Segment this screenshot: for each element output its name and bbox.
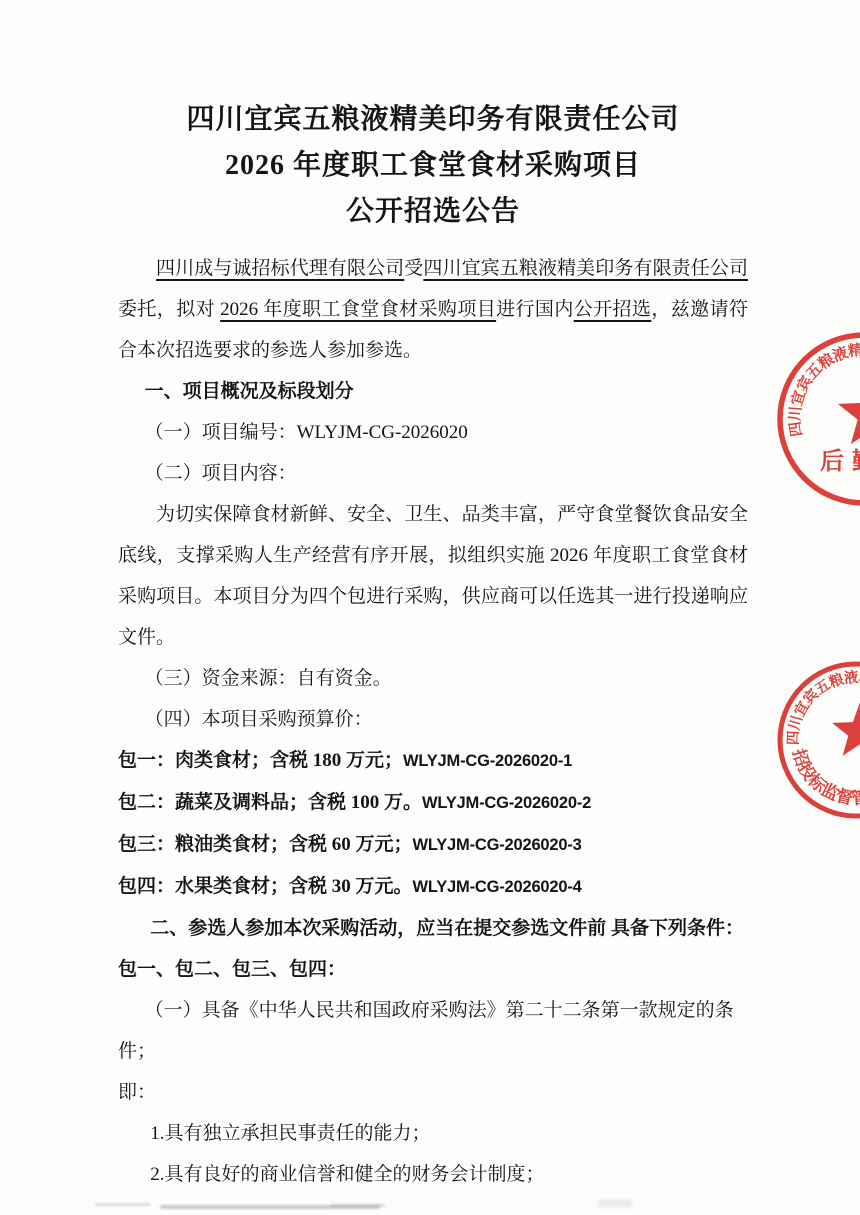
condition-line: （一）具备《中华人民共和国政府采购法》第二十二条第一款规定的条件； (118, 990, 748, 1072)
package-line-2: 包二：蔬菜及调料品；含税 100 万。WLYJM-CG-2026020-2 (118, 782, 748, 824)
intro-link-1: 受 (404, 258, 423, 279)
document-title: 四川宜宾五粮液精美印务有限责任公司 2026 年度职工食堂食材采购项目 公开招选… (118, 97, 748, 235)
section1-heading: 一、项目概况及标段划分 (118, 371, 748, 412)
intro-paragraph: 四川成与诚招标代理有限公司受四川宜宾五粮液精美印务有限责任公司委托，拟对 202… (118, 248, 748, 371)
title-line-2: 2026 年度职工食堂食材采购项目 (118, 143, 748, 189)
package-4-code: WLYJM-CG-2026020-4 (413, 878, 582, 896)
condition-continuation: 即： (118, 1072, 748, 1113)
scan-smudge (95, 1203, 150, 1206)
project-content-line: （二）项目内容： (118, 453, 748, 494)
title-line-3: 公开招选公告 (118, 189, 748, 235)
document-page: 四川宜宾五粮液精美印务有限责任公司 2026 年度职工食堂食材采购项目 公开招选… (0, 0, 860, 1215)
project-name: 2026 年度职工食堂食材采购项目 (220, 299, 496, 320)
package-3-code: WLYJM-CG-2026020-3 (413, 836, 582, 854)
package-line-1: 包一：肉类食材；含税 180 万元；WLYJM-CG-2026020-1 (118, 740, 748, 782)
funding-source-line: （三）资金来源：自有资金。 (118, 658, 748, 699)
section2-heading: 二、参选人参加本次采购活动，应当在提交参选文件前 具备下列条件： (118, 908, 748, 949)
agency-name: 四川成与诚招标代理有限公司 (156, 258, 404, 279)
intro-link-3: 进行国内 (496, 299, 574, 320)
package-3-label: 包三：粮油类食材；含税 60 万元； (118, 834, 413, 855)
project-number-line: （一）项目编号：WLYJM-CG-2026020 (118, 412, 748, 453)
package-2-code: WLYJM-CG-2026020-2 (422, 794, 591, 812)
package-line-3: 包三：粮油类食材；含税 60 万元；WLYJM-CG-2026020-3 (118, 824, 748, 866)
condition-item-2: 2.具有良好的商业信誉和健全的财务会计制度； (118, 1154, 748, 1195)
owner-name: 四川宜宾五粮液精美印务有限责任公司 (423, 258, 748, 279)
package-1-label: 包一：肉类食材；含税 180 万元； (118, 750, 403, 771)
package-2-label: 包二：蔬菜及调料品；含税 100 万。 (118, 792, 422, 813)
budget-heading: （四）本项目采购预算价： (118, 699, 748, 740)
package-line-4: 包四：水果类食材；含税 30 万元。WLYJM-CG-2026020-4 (118, 866, 748, 908)
package-1-code: WLYJM-CG-2026020-1 (403, 752, 572, 770)
intro-link-2: 委托，拟对 (118, 299, 220, 320)
title-line-1: 四川宜宾五粮液精美印务有限责任公司 (118, 97, 748, 143)
project-description: 为切实保障食材新鲜、安全、卫生、品类丰富，严守食堂餐饮食品安全底线，支撑采购人生… (118, 494, 748, 658)
scan-smudge (330, 1204, 385, 1207)
document-content: 四川宜宾五粮液精美印务有限责任公司 2026 年度职工食堂食材采购项目 公开招选… (0, 97, 860, 1195)
scan-smudge (598, 1200, 632, 1207)
package-scope-line: 包一、包二、包三、包四： (118, 949, 748, 990)
package-4-label: 包四：水果类食材；含税 30 万元。 (118, 876, 413, 897)
selection-method: 公开招选 (574, 299, 652, 320)
condition-item-1: 1.具有独立承担民事责任的能力； (118, 1113, 748, 1154)
